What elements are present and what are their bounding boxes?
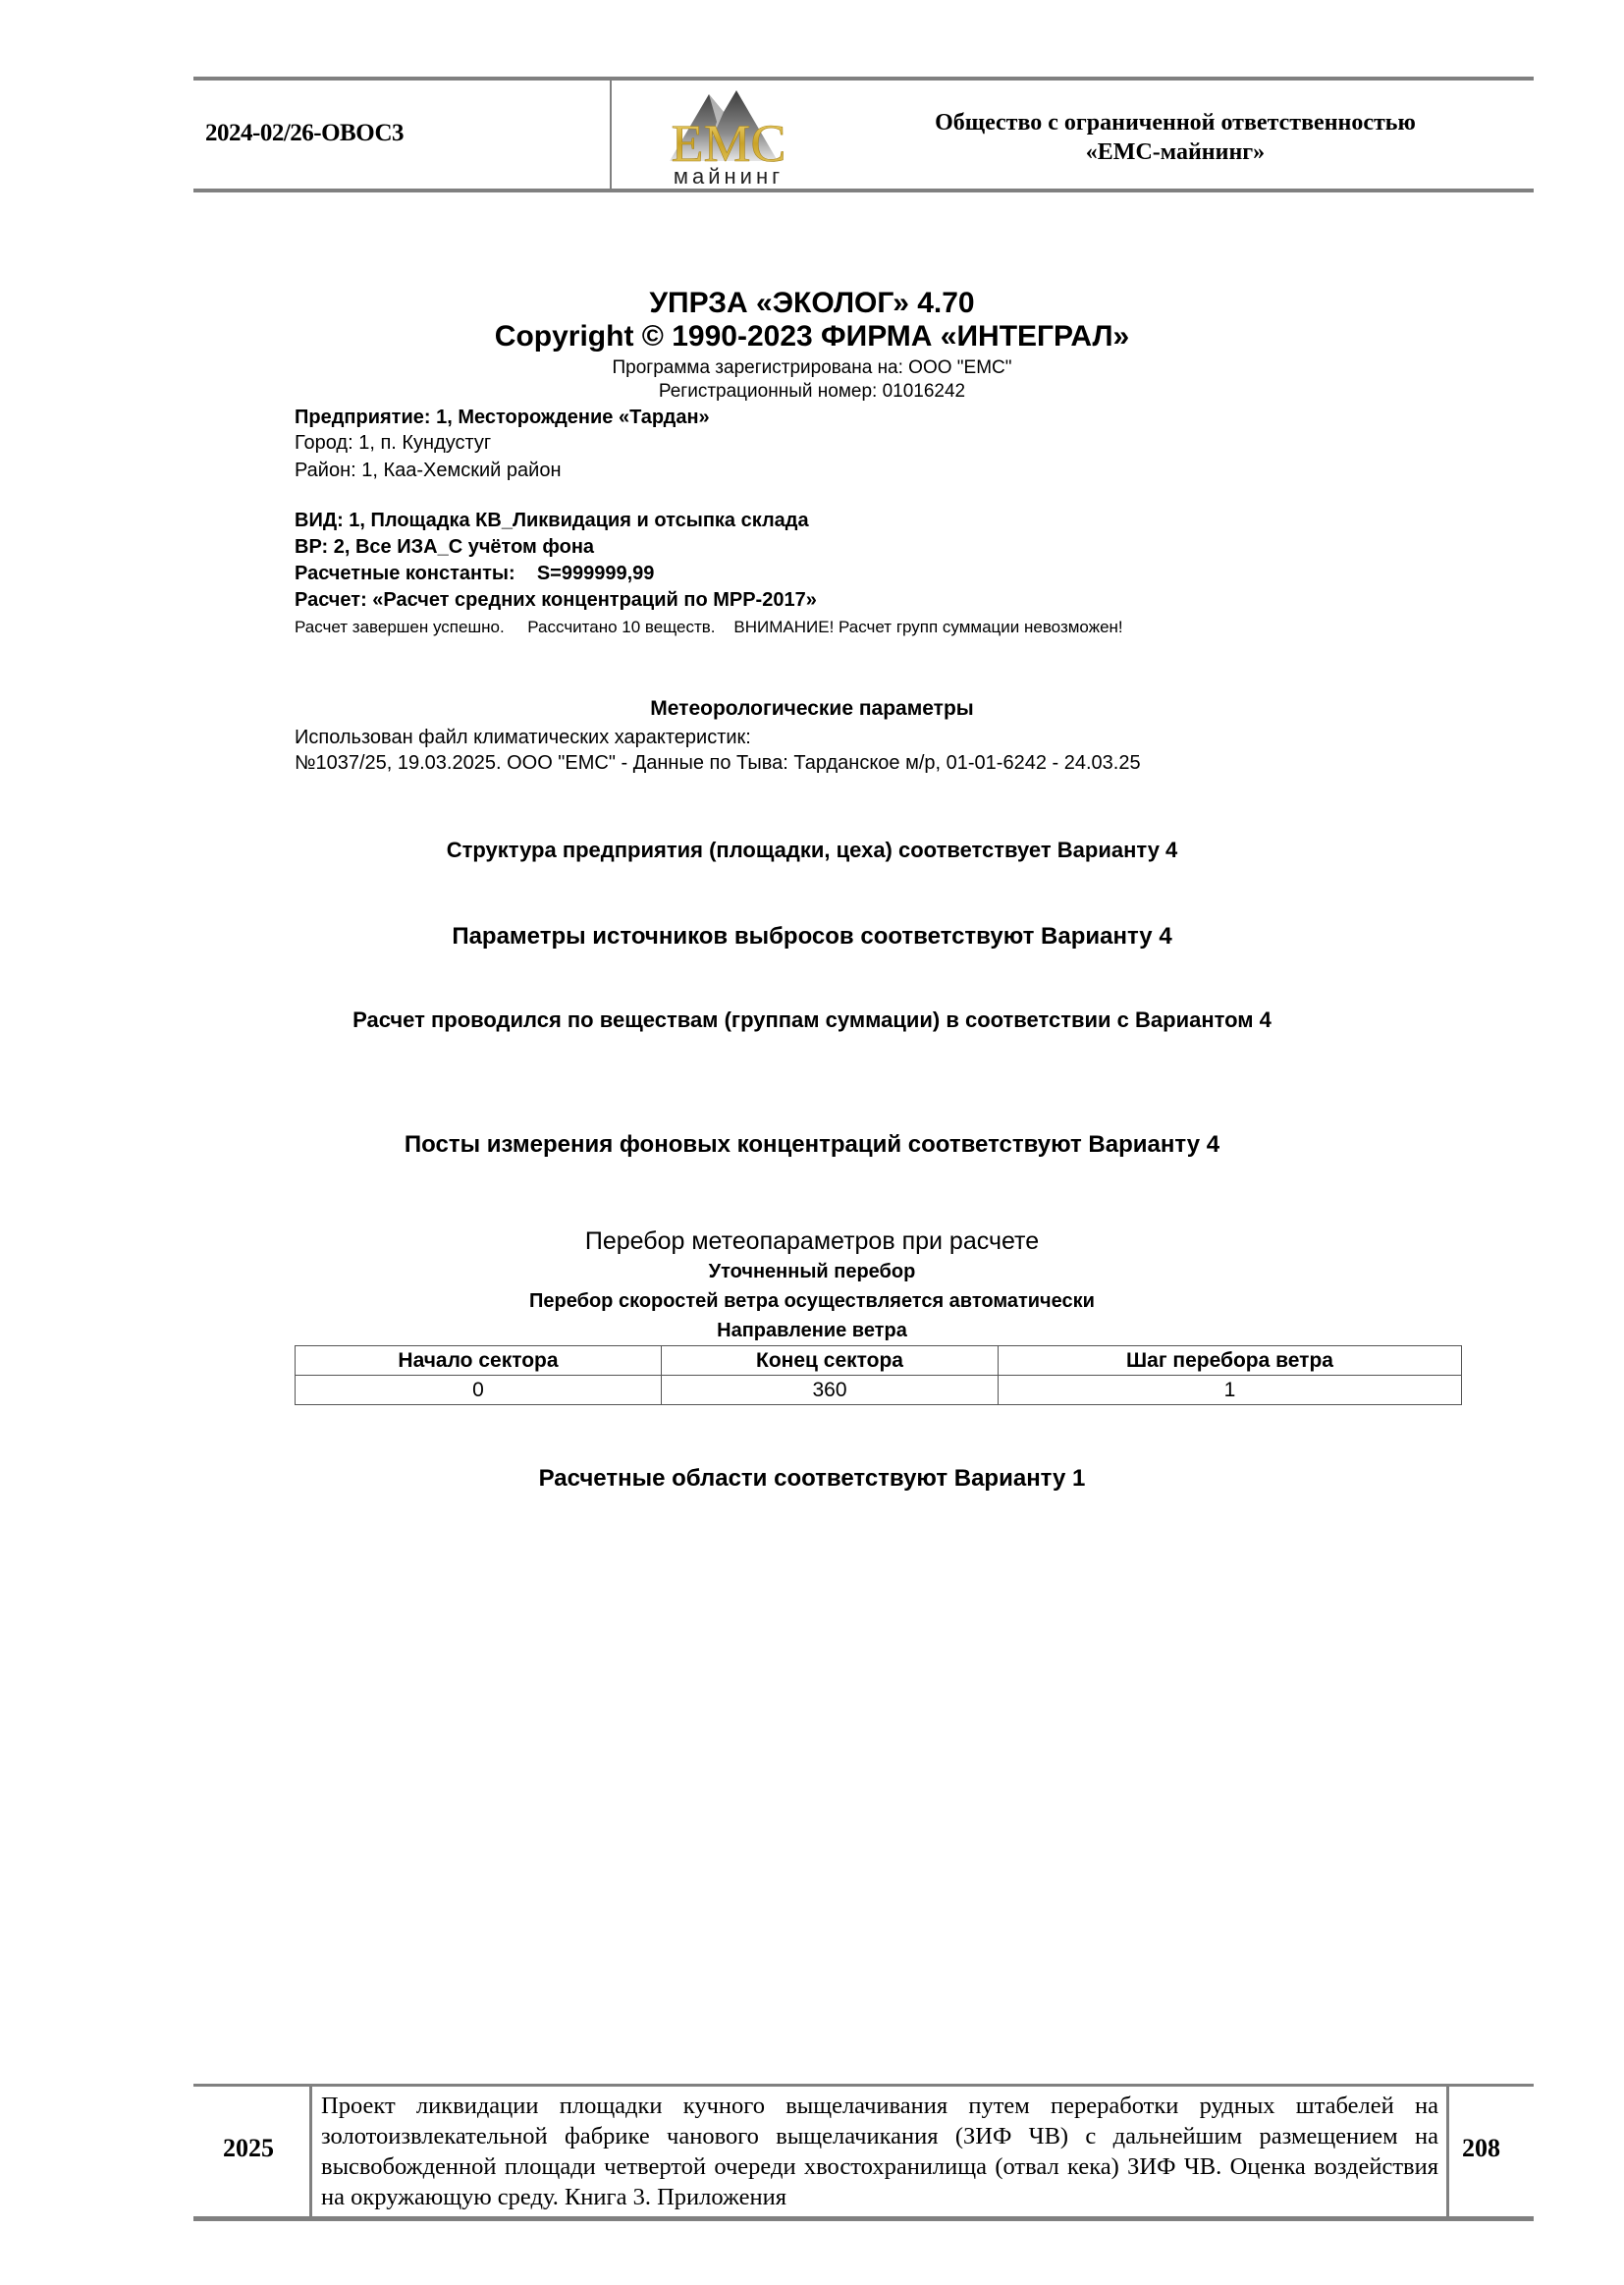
section-posts: Посты измерения фоновых концентраций соо… — [0, 1131, 1624, 1159]
org-line-1: Общество с ограниченной ответственностью — [822, 108, 1529, 137]
enterprise-city: Город: 1, п. Кундустуг — [295, 432, 491, 455]
column-header: Начало сектора — [296, 1346, 662, 1376]
section-substances: Расчет проводился по веществам (группам … — [0, 1007, 1624, 1033]
meteo-search-mode: Уточненный перебор — [0, 1261, 1624, 1283]
meteo-search-wind-speed: Перебор скоростей ветра осуществляется а… — [0, 1290, 1624, 1313]
meteo-file-value: №1037/25, 19.03.2025. ООО "ЕМС" - Данные… — [295, 752, 1141, 775]
program-copyright: Copyright © 1990-2023 ФИРМА «ИНТЕГРАЛ» — [0, 320, 1624, 354]
section-areas: Расчетные области соответствуют Варианту… — [0, 1465, 1624, 1493]
meteo-search-wind-dir: Направление ветра — [0, 1320, 1624, 1342]
emc-mining-logo-icon: ЕМС майнинг — [640, 82, 817, 189]
table-cell: 0 — [296, 1376, 662, 1405]
column-header: Конец сектора — [662, 1346, 999, 1376]
svg-text:майнинг: майнинг — [674, 164, 784, 189]
table-row: 0 360 1 — [296, 1376, 1462, 1405]
page-header: 2024-02/26-ОВОС3 ЕМС майнинг Общество с … — [193, 77, 1534, 192]
footer-description: Проект ликвидации площадки кучного выщел… — [321, 2091, 1438, 2212]
header-divider — [610, 81, 612, 189]
organization-name: Общество с ограниченной ответственностью… — [822, 108, 1529, 167]
table-cell: 1 — [999, 1376, 1462, 1405]
calc-vr: ВР: 2, Все ИЗА_С учётом фона — [295, 536, 594, 559]
footer-divider — [1446, 2087, 1449, 2216]
calc-constants: Расчетные константы: S=999999,99 — [295, 563, 654, 585]
enterprise-name: Предприятие: 1, Месторождение «Тардан» — [295, 407, 710, 429]
program-title: УПРЗА «ЭКОЛОГ» 4.70 — [0, 287, 1624, 320]
section-structure: Структура предприятия (площадки, цеха) с… — [0, 838, 1624, 863]
page-number: 208 — [1462, 2134, 1500, 2163]
footer-year: 2025 — [223, 2134, 274, 2163]
column-header: Шаг перебора ветра — [999, 1346, 1462, 1376]
footer-divider — [309, 2087, 312, 2216]
program-reg-number: Регистрационный номер: 01016242 — [0, 381, 1624, 403]
calc-status: Расчет завершен успешно. Рассчитано 10 в… — [295, 618, 1123, 637]
page-footer: 2025 Проект ликвидации площадки кучного … — [193, 2084, 1534, 2221]
org-line-2: «ЕМС-майнинг» — [822, 137, 1529, 167]
meteo-heading: Метеорологические параметры — [0, 697, 1624, 721]
enterprise-district: Район: 1, Каа-Хемский район — [295, 460, 562, 482]
calc-name: Расчет: «Расчет средних концентраций по … — [295, 589, 817, 612]
section-sources: Параметры источников выбросов соответств… — [0, 923, 1624, 951]
table-cell: 360 — [662, 1376, 999, 1405]
document-code: 2024-02/26-ОВОС3 — [205, 120, 404, 147]
meteo-search-heading: Перебор метеопараметров при расчете — [0, 1227, 1624, 1256]
meteo-file-label: Использован файл климатических характери… — [295, 727, 751, 749]
wind-direction-table: Начало сектора Конец сектора Шаг перебор… — [295, 1345, 1462, 1405]
table-header-row: Начало сектора Конец сектора Шаг перебор… — [296, 1346, 1462, 1376]
calc-vid: ВИД: 1, Площадка КВ_Ликвидация и отсыпка… — [295, 510, 809, 532]
program-registered-to: Программа зарегистрирована на: ООО "ЕМС" — [0, 357, 1624, 379]
